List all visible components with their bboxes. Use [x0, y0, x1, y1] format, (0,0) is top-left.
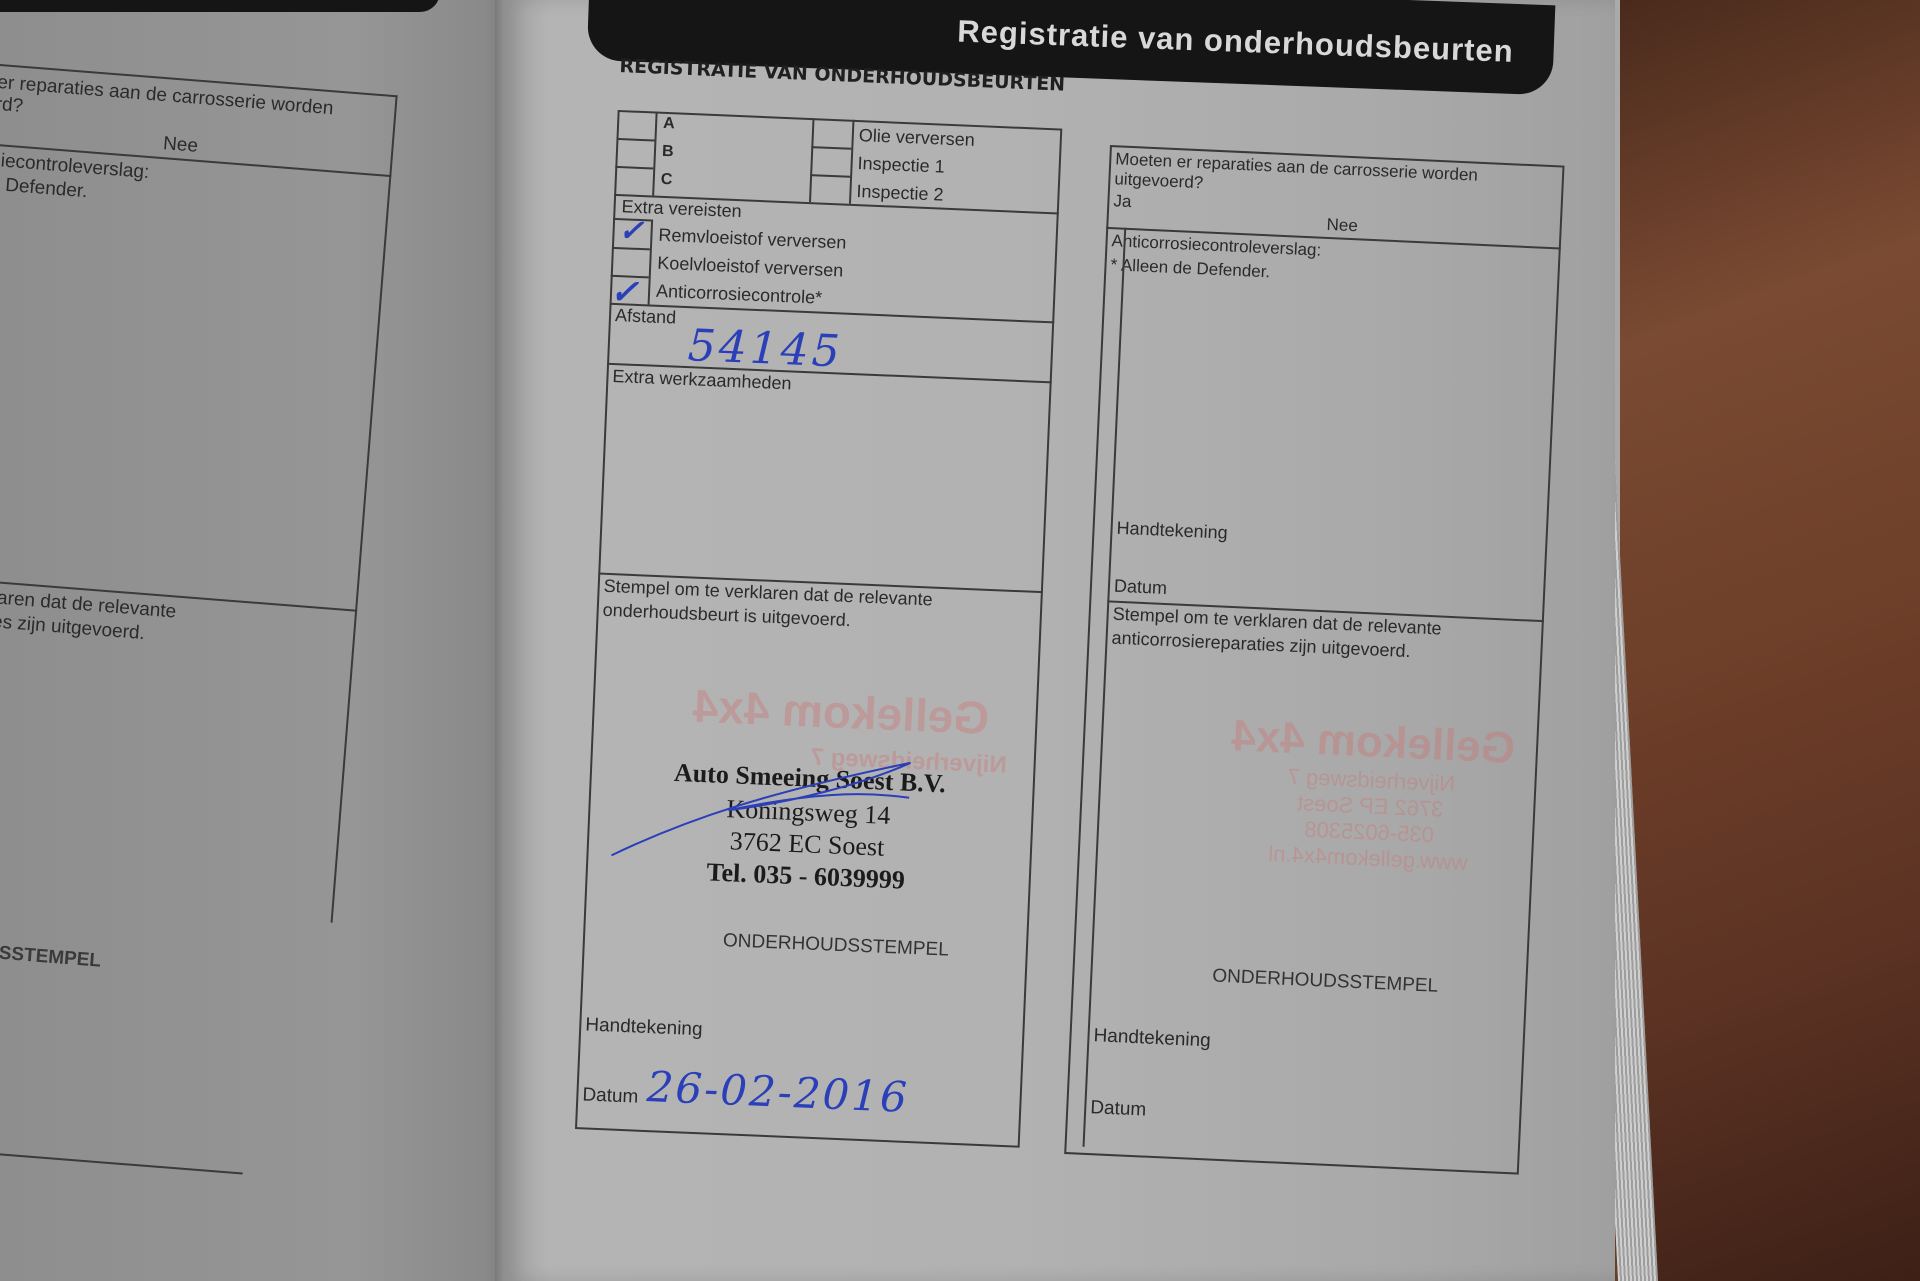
corrosion-report-field[interactable] [1098, 279, 1549, 559]
corrosion-date-label: Datum [1114, 576, 1168, 599]
checkbox-remvloeistof[interactable]: ✓ [616, 221, 647, 246]
checkbox-inspectie-2[interactable] [813, 177, 846, 200]
checkbox-service-a[interactable] [621, 113, 652, 136]
checkbox-inspectie-1[interactable] [814, 149, 847, 172]
bleed-through-stamp: Gellekom 4x4 Nijverheidsweg 7 3762 EP So… [1217, 711, 1524, 878]
extra-work-field[interactable] [602, 391, 1045, 589]
leather-background [1620, 0, 1920, 1281]
service-type-b: B [662, 143, 674, 161]
service-type-a: A [663, 115, 675, 133]
handwritten-check-icon: ✓ [618, 213, 645, 249]
signature-scribble-icon [606, 745, 931, 878]
answer-no[interactable]: Nee [1326, 215, 1358, 236]
photo-stage: er reparaties aan de carrosserie worden … [0, 0, 1920, 1281]
checkbox-service-c[interactable] [618, 169, 649, 192]
left-page-banner [0, 0, 440, 12]
corrosion-date-label-2: Datum [1090, 1097, 1147, 1122]
checkbox-service-b[interactable] [619, 141, 650, 164]
answer-yes[interactable]: Ja [1113, 191, 1132, 212]
repair-question-line-2: uitgevoerd? [1114, 169, 1204, 193]
option-inspectie-2: Inspectie 2 [856, 181, 944, 206]
service-type-c: C [660, 171, 672, 189]
checkbox-olie-verversen[interactable] [815, 121, 848, 144]
banner-title: Registratie van onderhoudsbeurten [957, 14, 1515, 70]
checkbox-anticorrosiecontrole[interactable]: ✓ [614, 278, 645, 303]
date-label: Datum [582, 1084, 639, 1108]
answer-no-fragment: Nee [162, 133, 198, 158]
option-inspectie-1: Inspectie 1 [857, 153, 945, 178]
question-fragment-2: rd? [0, 94, 24, 118]
distance-label: Afstand [615, 305, 677, 329]
